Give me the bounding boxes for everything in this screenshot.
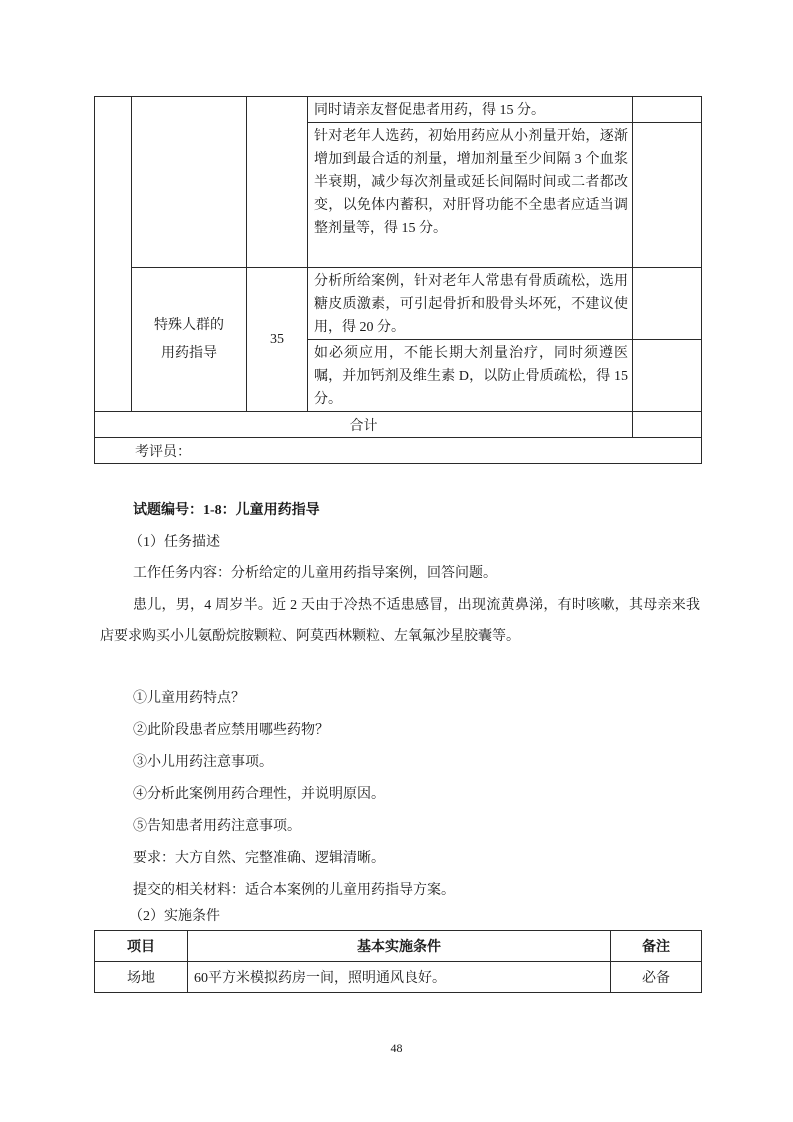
- cell-item: 场地: [95, 962, 188, 993]
- examiner-label: 考评员：: [95, 438, 702, 464]
- table-row: 特殊人群的 用药指导 35 分析所给案例，针对老年人常患有骨质疏松，选用糖皮质激…: [95, 268, 702, 340]
- table-header-row: 项目 基本实施条件 备注: [95, 931, 702, 962]
- table-row: 场地 60平方米模拟药房一间，照明通风良好。 必备: [95, 962, 702, 993]
- prev-points-cell: [247, 97, 308, 268]
- total-value: [633, 412, 702, 438]
- header-item: 项目: [95, 931, 188, 962]
- task-content: 工作任务内容：分析给定的儿童用药指导案例，回答问题。: [133, 564, 733, 584]
- task-heading: （1）任务描述: [129, 533, 729, 553]
- question-2: ②此阶段患者应禁用哪些药物？: [133, 721, 733, 741]
- table-row: 同时请亲友督促患者用药，得 15 分。: [95, 97, 702, 123]
- score-cell: [633, 97, 702, 123]
- question-5: ⑤告知患者用药注意事项。: [133, 817, 733, 837]
- category-label-line1: 特殊人群的: [132, 312, 246, 340]
- criterion-cell: 同时请亲友督促患者用药，得 15 分。: [308, 97, 633, 123]
- score-cell: [633, 268, 702, 340]
- criterion-cell: 如必须应用，不能长期大剂量治疗，同时须遵医嘱，并加钙剂及维生素 D，以防止骨质疏…: [308, 340, 633, 412]
- category-points: 35: [247, 268, 308, 412]
- question-1: ①儿童用药特点？: [133, 689, 733, 709]
- page-number: 48: [0, 1041, 793, 1056]
- score-cell: [633, 123, 702, 268]
- header-notes: 备注: [611, 931, 702, 962]
- conditions-heading: （2）实施条件: [129, 907, 729, 927]
- requirement-text: 要求：大方自然、完整准确、逻辑清晰。: [133, 849, 733, 869]
- cell-conditions: 60平方米模拟药房一间，照明通风良好。: [188, 962, 611, 993]
- criterion-cell: 分析所给案例，针对老年人常患有骨质疏松，选用糖皮质激素，可引起骨折和股骨头坏死，…: [308, 268, 633, 340]
- materials-text: 提交的相关材料：适合本案例的儿童用药指导方案。: [133, 881, 733, 901]
- header-conditions: 基本实施条件: [188, 931, 611, 962]
- category-label-line2: 用药指导: [132, 340, 246, 368]
- total-label: 合计: [95, 412, 633, 438]
- category-cell: 特殊人群的 用药指导: [132, 268, 247, 412]
- section-title: 试题编号：1-8：儿童用药指导: [133, 501, 733, 521]
- prev-category-cell: [132, 97, 247, 268]
- question-4: ④分析此案例用药合理性，并说明原因。: [133, 785, 733, 805]
- score-cell: [633, 340, 702, 412]
- scoring-table: 同时请亲友督促患者用药，得 15 分。 针对老年人选药，初始用药应从小剂量开始，…: [94, 96, 702, 464]
- examiner-row: 考评员：: [95, 438, 702, 464]
- outer-category-cell: [95, 97, 132, 412]
- cell-notes: 必备: [611, 962, 702, 993]
- case-description: 患儿，男，4 周岁半。近 2 天由于冷热不适患感冒，出现流黄鼻涕，有时咳嗽，其母…: [100, 590, 700, 652]
- criterion-cell: 针对老年人选药，初始用药应从小剂量开始，逐渐增加到最合适的剂量，增加剂量至少间隔…: [308, 123, 633, 268]
- total-row: 合计: [95, 412, 702, 438]
- conditions-table: 项目 基本实施条件 备注 场地 60平方米模拟药房一间，照明通风良好。 必备: [94, 930, 702, 993]
- question-3: ③小儿用药注意事项。: [133, 753, 733, 773]
